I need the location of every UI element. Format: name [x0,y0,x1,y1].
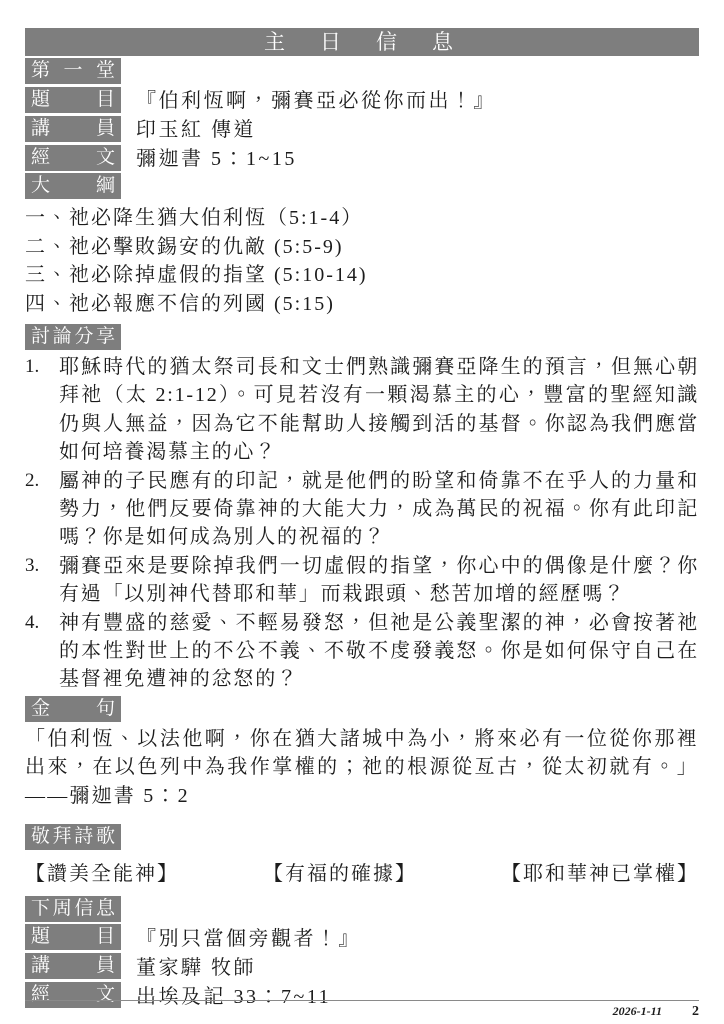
worship-song: 【耶和華神已掌權】 [501,857,699,886]
discussion-item: 2. 屬神的子民應有的印記，就是他們的盼望和倚靠不在乎人的力量和勢力，他們反要倚… [25,467,699,552]
field-label-topic: 題 目 [25,87,121,113]
footer-page-number: 2 [692,1004,699,1019]
golden-verse-text: 「伯利恆、以法他啊，你在猶大諸城中為小，將來必有一位從你那裡出來，在以色列中為我… [25,725,699,811]
field-label-speaker: 講 員 [25,953,121,979]
next-week-title: 『別只當個旁觀者！』 [136,922,361,951]
outline-item: 三、祂必除掉虛假的指望 (5:10-14) [25,261,699,290]
worship-song: 【有福的確據】 [263,857,417,886]
first-service-topic-row: 題 目 『伯利恆啊，彌賽亞必從你而出！』 [25,84,699,113]
page-title: 主 日 信 息 [25,28,699,56]
discussion-item-number: 3. [25,552,59,580]
field-label-speaker: 講 員 [25,116,121,142]
bulletin-page: 主 日 信 息 第 一 堂 題 目 『伯利恆啊，彌賽亞必從你而出！』 講 員 印… [0,0,724,1024]
outline-item: 二、祂必擊敗錫安的仇敵 (5:5-9) [25,233,699,262]
sermon-speaker: 印玉紅 傳道 [136,113,256,142]
first-service-speaker-row: 講 員 印玉紅 傳道 [25,113,699,142]
section-label-golden-verse: 金 句 [25,696,121,722]
next-week-topic-row: 題 目 『別只當個旁觀者！』 [25,922,699,951]
worship-song: 【讚美全能神】 [25,857,179,886]
discussion-item-text: 彌賽亞來是要除掉我們一切虛假的指望，你心中的偶像是什麼？你有過「以別神代替耶和華… [59,552,699,609]
discussion-item-number: 4. [25,609,59,637]
page-footer: 2026-1-112 [25,1000,699,1020]
discussion-list: 1. 耶穌時代的猶太祭司長和文士們熟識彌賽亞降生的預言，但無心朝拜祂（太 2:1… [25,353,699,694]
discussion-item-text: 耶穌時代的猶太祭司長和文士們熟識彌賽亞降生的預言，但無心朝拜祂（太 2:1-12… [59,353,699,467]
section-label-outline: 大 綱 [25,173,121,199]
sermon-scripture: 彌迦書 5：1~15 [136,142,297,171]
discussion-item: 3. 彌賽亞來是要除掉我們一切虛假的指望，你心中的偶像是什麼？你有過「以別神代替… [25,552,699,609]
footer-date: 2026-1-11 [613,1004,662,1018]
field-label-topic: 題 目 [25,924,121,950]
next-week-speaker: 董家驊 牧師 [136,951,256,980]
sermon-title: 『伯利恆啊，彌賽亞必從你而出！』 [136,84,496,113]
next-week-speaker-row: 講 員 董家驊 牧師 [25,951,699,980]
first-service-scripture-row: 經 文 彌迦書 5：1~15 [25,142,699,171]
discussion-item-text: 神有豐盛的慈愛、不輕易發怒，但祂是公義聖潔的神，必會按著祂的本性對世上的不公不義… [59,609,699,694]
outline-item: 一、祂必降生猶大伯利恆（5:1-4） [25,204,699,233]
section-label-next-week: 下周信息 [25,896,121,922]
field-label-scripture: 經 文 [25,145,121,171]
discussion-item-number: 1. [25,353,59,381]
outline-item: 四、祂必報應不信的列國 (5:15) [25,290,699,319]
discussion-item: 4. 神有豐盛的慈愛、不輕易發怒，但祂是公義聖潔的神，必會按著祂的本性對世上的不… [25,609,699,694]
section-label-discussion: 討論分享 [25,324,121,350]
worship-songs-list: 【讚美全能神】 【有福的確據】 【耶和華神已掌權】 [25,857,699,886]
discussion-item-text: 屬神的子民應有的印記，就是他們的盼望和倚靠不在乎人的力量和勢力，他們反要倚靠神的… [59,467,699,552]
section-label-worship-songs: 敬拜詩歌 [25,824,121,850]
discussion-item-number: 2. [25,467,59,495]
sermon-outline: 一、祂必降生猶大伯利恆（5:1-4） 二、祂必擊敗錫安的仇敵 (5:5-9) 三… [25,204,699,318]
discussion-item: 1. 耶穌時代的猶太祭司長和文士們熟識彌賽亞降生的預言，但無心朝拜祂（太 2:1… [25,353,699,467]
section-label-first-service: 第 一 堂 [25,58,121,84]
